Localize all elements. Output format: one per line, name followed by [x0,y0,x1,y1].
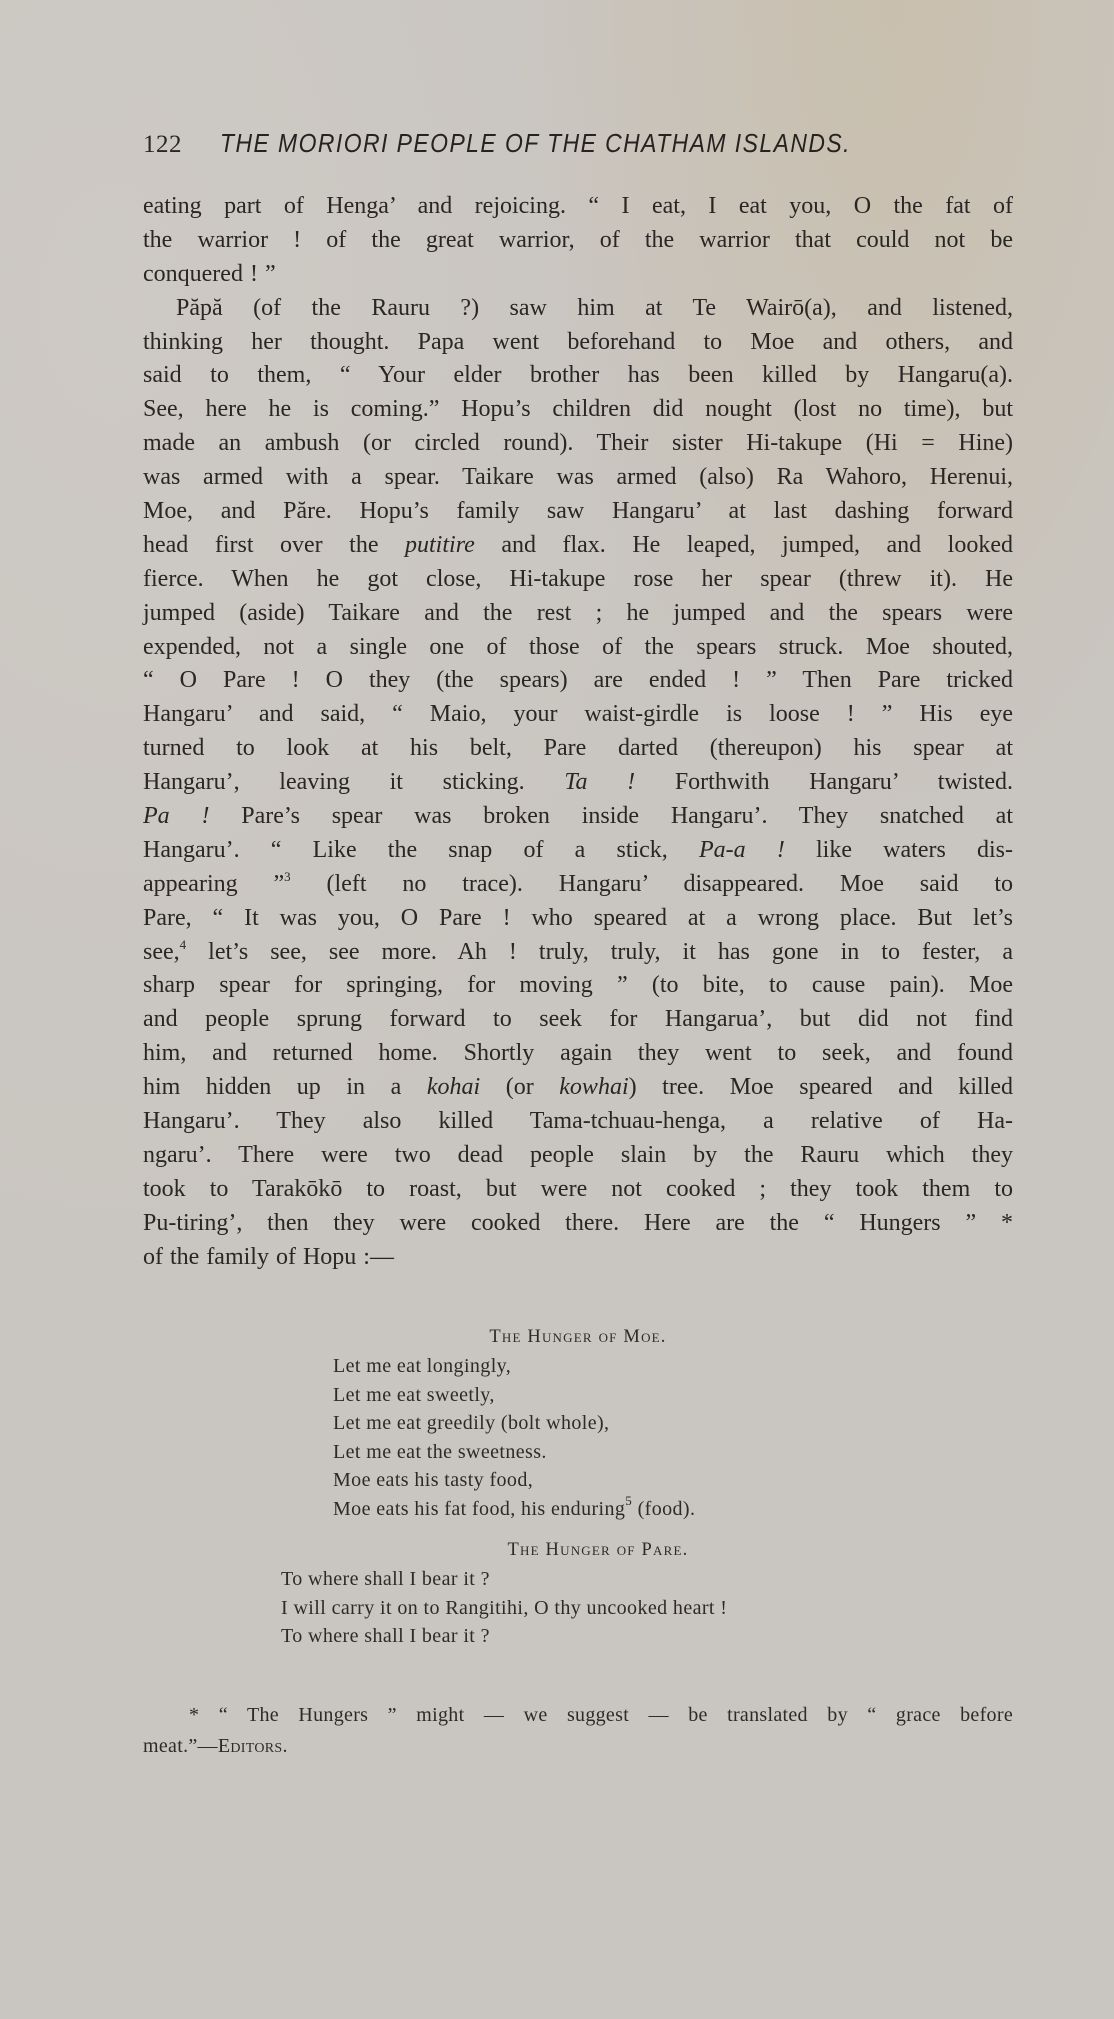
poem-line: Let me eat sweetly, [333,1381,933,1410]
text-line: appearing ”3 (left no trace). Hangaru’ d… [143,868,1013,902]
text-line: took to Tarakōkō to roast, but were not … [143,1173,1013,1207]
text-line: expended, not a single one of those of t… [143,631,1013,665]
footnote-ref: 3 [284,869,291,884]
italic-term: putitire [405,532,475,558]
italic-term: Pa-a ! [699,837,785,863]
text-line: was armed with a spear. Taikare was arme… [143,461,1013,495]
text-line: “ O Pare ! O they (the spears) are ended… [143,664,1013,698]
text-line: and people sprung forward to seek for Ha… [143,1003,1013,1037]
text-line: Hangaru’ and said, “ Maio, your waist-gi… [143,698,1013,732]
italic-term: Pa ! [143,803,209,829]
footnote: * “ The Hungers ” might — we suggest — b… [143,1700,1013,1762]
text-line: sharp spear for springing, for moving ” … [143,969,1013,1003]
footnote-line: meat.”—Editors. [143,1731,1013,1762]
poem-line: Moe eats his tasty food, [333,1466,933,1495]
poem-lines: To where shall I bear it ?I will carry i… [281,1565,931,1651]
text-line: fierce. When he got close, Hi-takupe ros… [143,563,1013,597]
text-line: Pu-tiring’, then they were cooked there.… [143,1207,1013,1241]
footnote-text: meat.”— [143,1735,218,1757]
poem-line: Let me eat longingly, [333,1352,933,1381]
poem-line: To where shall I bear it ? [281,1622,931,1651]
running-head: 122 THE MORIORI PEOPLE OF THE CHATHAM IS… [143,130,1011,170]
italic-term: kowhai [559,1074,628,1100]
poem-line: To where shall I bear it ? [281,1565,931,1594]
poem-title: The Hunger of Pare. [143,1535,1013,1565]
poem-line: I will carry it on to Rangitihi, O thy u… [281,1594,931,1623]
italic-term: kohai [427,1074,480,1100]
footnote-line: * “ The Hungers ” might — we suggest — b… [143,1700,1013,1731]
text-line: see,4 let’s see, see more. Ah ! truly, t… [143,936,1013,970]
poem-title: The Hunger of Moe. [143,1322,1013,1352]
text-line: made an ambush (or circled round). Their… [143,427,1013,461]
italic-term: Ta ! [564,769,635,795]
text-line: Păpă (of the Rauru ?) saw him at Te Wair… [143,292,1013,326]
text-line: turned to look at his belt, Pare darted … [143,732,1013,766]
poem-line: Moe eats his fat food, his enduring5 (fo… [333,1495,933,1524]
text-line: jumped (aside) Taikare and the rest ; he… [143,597,1013,631]
text-line: conquered ! ” [143,258,1013,292]
poem-line: Let me eat greedily (bolt whole), [333,1409,933,1438]
body-text: eating part of Henga’ and rejoicing. “ I… [143,190,1013,1275]
text-line: the warrior ! of the great warrior, of t… [143,224,1013,258]
text-line: head first over the putitire and flax. H… [143,529,1013,563]
poem-line: Let me eat the sweetness. [333,1438,933,1467]
text-line: him, and returned home. Shortly again th… [143,1037,1013,1071]
footnote-signature: Editors. [218,1735,288,1757]
text-line: Hangaru’. They also killed Tama-tchuau-h… [143,1105,1013,1139]
text-line: Pa ! Pare’s spear was broken inside Hang… [143,800,1013,834]
text-line: him hidden up in a kohai (or kowhai) tre… [143,1071,1013,1105]
text-line: said to them, “ Your elder brother has b… [143,359,1013,393]
text-line: thinking her thought. Papa went beforeha… [143,326,1013,360]
page-number: 122 [143,131,182,159]
poem-hunger-of-pare: The Hunger of Pare. To where shall I bea… [143,1535,1013,1651]
poem-hunger-of-moe: The Hunger of Moe. Let me eat longingly,… [143,1322,1013,1524]
text-line: of the family of Hopu :— [143,1241,1013,1275]
text-line: Moe, and Păre. Hopu’s family saw Hangaru… [143,495,1013,529]
text-line: ngaru’. There were two dead people slain… [143,1139,1013,1173]
text-line: Hangaru’, leaving it sticking. Ta ! Fort… [143,766,1013,800]
text-line: See, here he is coming.” Hopu’s children… [143,393,1013,427]
text-line: Pare, “ It was you, O Pare ! who speared… [143,902,1013,936]
poem-lines: Let me eat longingly,Let me eat sweetly,… [333,1352,933,1524]
footnote-ref: 5 [625,1493,632,1508]
footnote-ref: 4 [180,937,187,952]
running-title: THE MORIORI PEOPLE OF THE CHATHAM ISLAND… [220,130,851,159]
text-line: eating part of Henga’ and rejoicing. “ I… [143,190,1013,224]
text-line: Hangaru’. “ Like the snap of a stick, Pa… [143,834,1013,868]
